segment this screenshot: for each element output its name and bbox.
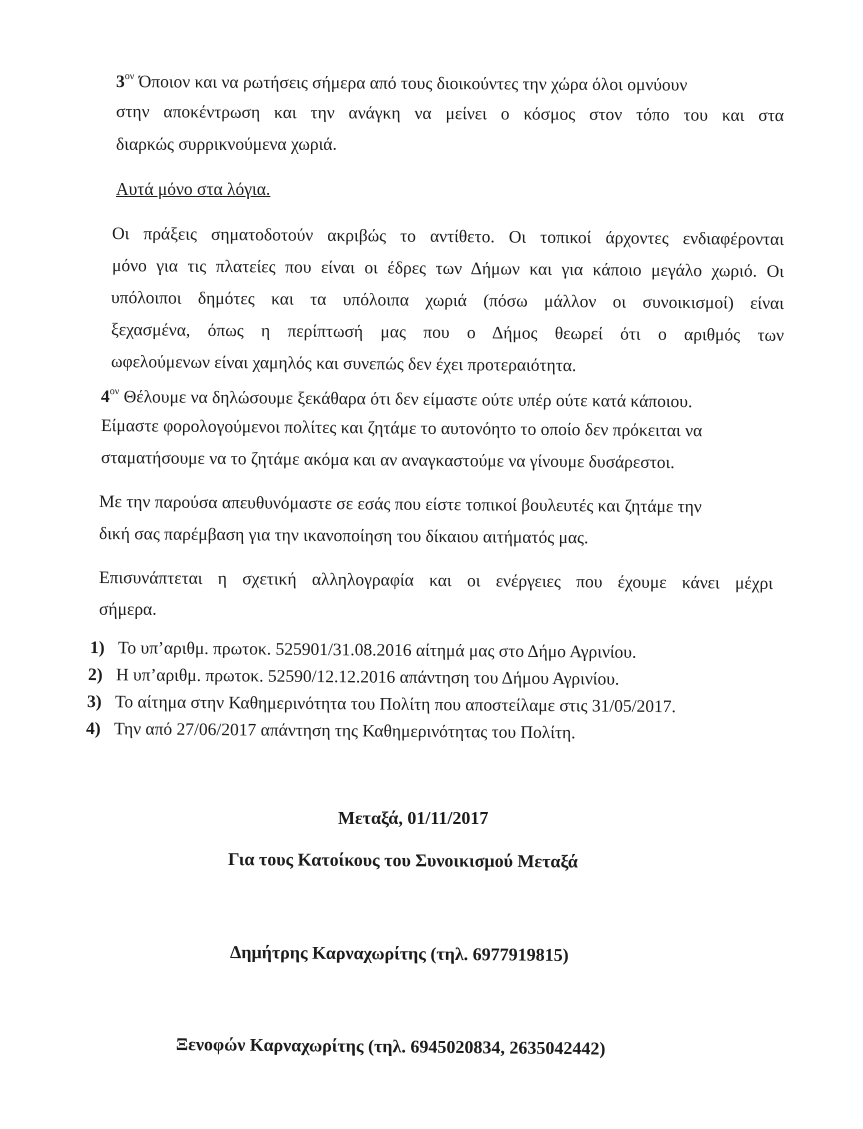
underlined-heading: Αυτά μόνο στα λόγια. <box>116 178 270 200</box>
paragraph-3-line-1: 3ον Όποιον και να ρωτήσεις σήμερα από το… <box>116 66 687 95</box>
attached-line-2: σήμερα. <box>99 598 157 620</box>
attachment-item: 2)Η υπ’αριθμ. πρωτοκ. 52590/12.12.2016 α… <box>88 663 620 690</box>
attachment-item: 4)Την από 27/06/2017 απάντηση της Καθημε… <box>86 717 576 743</box>
attachment-item: 1)Το υπ’αριθμ. πρωτοκ. 525901/31.08.2016… <box>90 636 637 663</box>
appeal-line-1: Με την παρούσα απευθυνόμαστε σε εσάς που… <box>99 490 702 517</box>
attached-line-1: Επισυνάπτεται η σχετική αλληλογραφία και… <box>99 566 773 594</box>
appeal-line-2: δική σας παρέμβαση για την ικανοποίηση τ… <box>99 522 589 548</box>
actions-line-3: υπόλοιποι δημότες και τα υπόλοιπα χωριά … <box>111 286 784 314</box>
paragraph-3-line-3: διαρκώς συρρικνούμενα χωριά. <box>116 133 337 155</box>
paragraph-4-ordinal: ον <box>110 386 120 397</box>
paragraph-4-line-3: σταματήσουμε να το ζητάμε ακόμα και αν α… <box>101 446 675 473</box>
paragraph-4-line-2: Είμαστε φορολογούμενοι πολίτες και ζητάμ… <box>101 414 702 441</box>
actions-line-1: Οι πράξεις σηματοδοτούν ακριβώς το αντίθ… <box>112 222 784 250</box>
paragraph-3-line-2: στην αποκέντρωση και την ανάγκη να μείνε… <box>116 100 784 126</box>
on-behalf-line: Για τους Κατοίκους του Συνοικισμού Μεταξ… <box>228 848 578 872</box>
document-page: 3ον Όποιον και να ρωτήσεις σήμερα από το… <box>0 0 863 1129</box>
actions-line-5: ωφελούμενων είναι χαμηλός και συνεπώς δε… <box>111 350 577 376</box>
paragraph-4-number: 4 <box>101 386 110 406</box>
signatory-1: Δημήτρης Καρναχωρίτης (τηλ. 6977919815) <box>230 941 569 966</box>
signatory-2: Ξενοφών Καρναχωρίτης (τηλ. 6945020834, 2… <box>176 1033 606 1059</box>
paragraph-3-number: 3 <box>116 71 125 91</box>
place-date: Μεταξά, 01/11/2017 <box>338 807 488 829</box>
paragraph-4-line-1: 4ον Θέλουμε να δηλώσουμε ξεκάθαρα ότι δε… <box>101 381 693 412</box>
attachment-item: 3)Το αίτημα στην Καθημερινότητα του Πολί… <box>87 690 676 717</box>
actions-line-2: μόνο για τις πλατείες που είναι οι έδρες… <box>112 254 784 282</box>
paragraph-3-ordinal: ον <box>125 71 135 82</box>
actions-line-4: ξεχασμένα, όπως η περίπτωσή μας που ο Δή… <box>111 318 784 346</box>
